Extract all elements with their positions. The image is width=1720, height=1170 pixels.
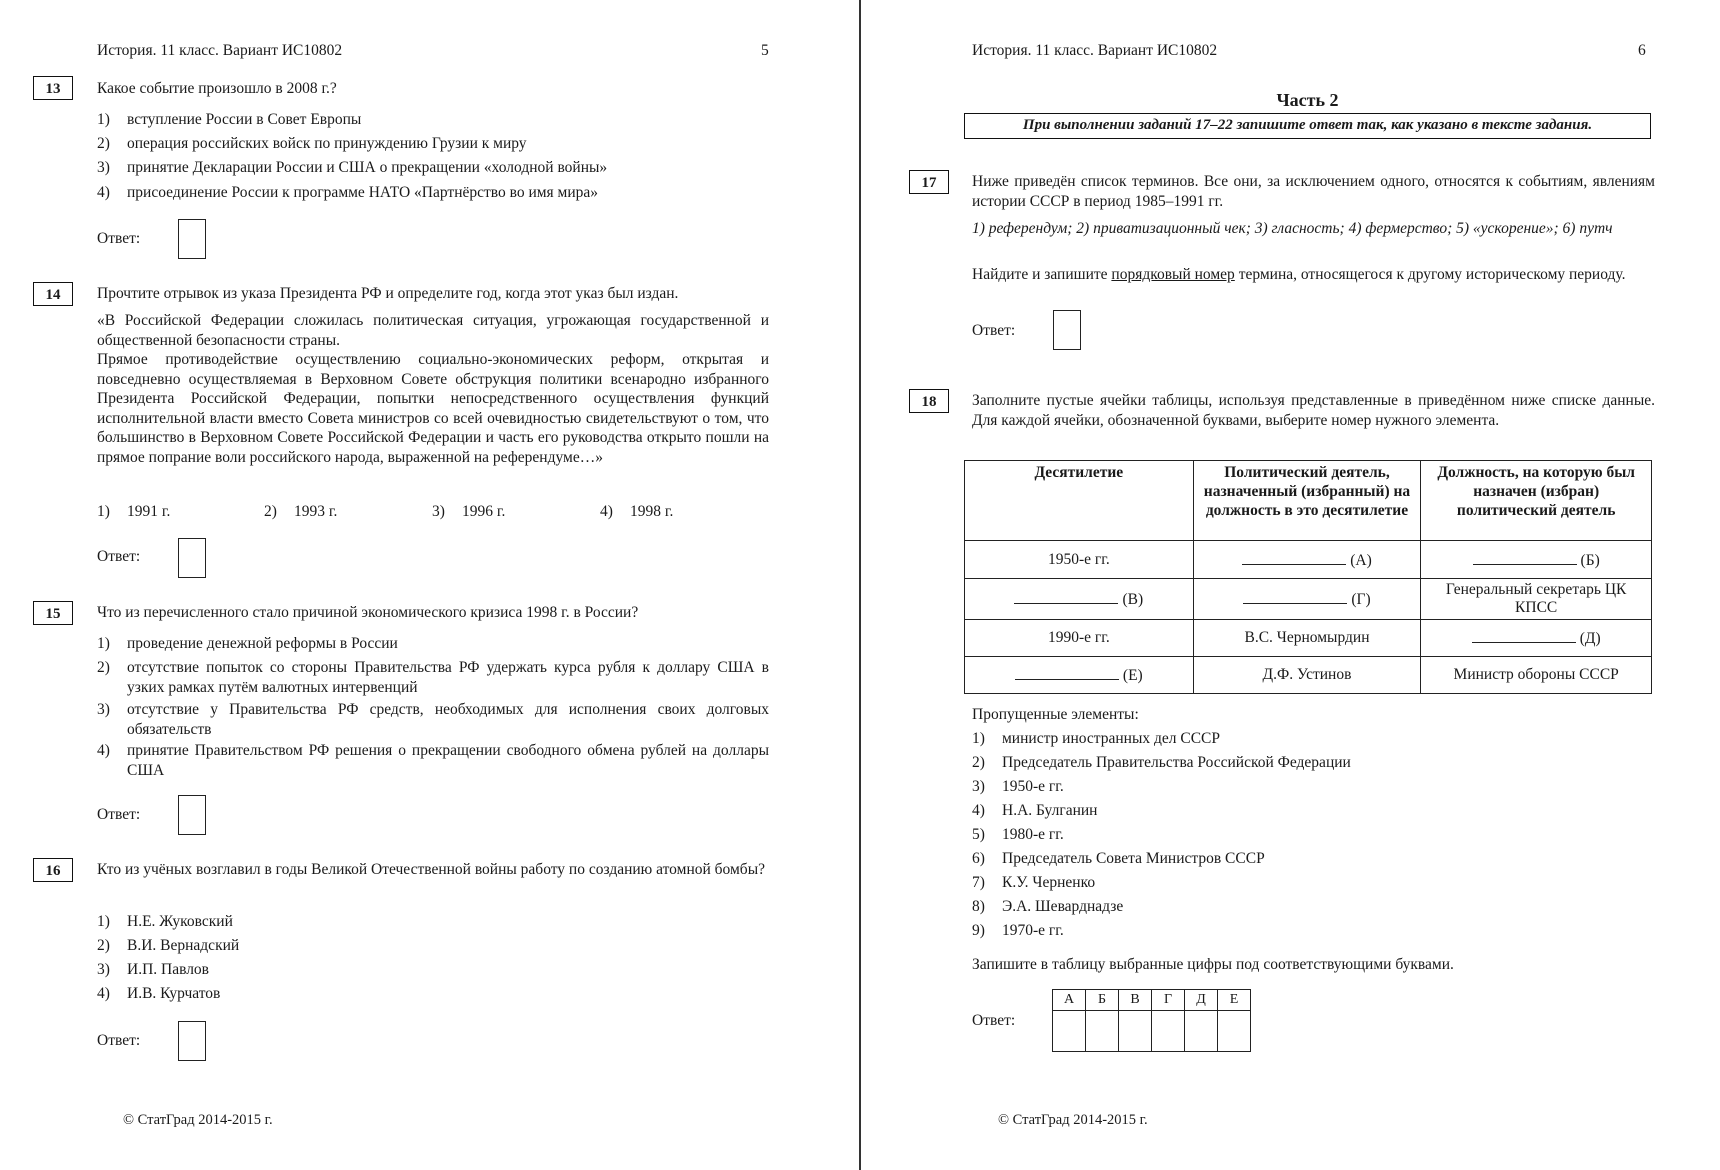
- answer-letter-header: Е: [1218, 990, 1251, 1011]
- missing-element-item: 5)1980-е гг.: [972, 825, 1064, 844]
- option-number: 2): [97, 134, 127, 153]
- q13-option-4: 4)присоединение России к программе НАТО …: [97, 183, 598, 202]
- item-number: 4): [972, 801, 1002, 820]
- q14-option-1: 1)1991 г.: [97, 502, 170, 521]
- table-header-decade: Десятилетие: [965, 461, 1194, 541]
- option-number: 1): [97, 502, 127, 521]
- answer-cell[interactable]: [1053, 1011, 1086, 1052]
- question-number-13: 13: [33, 76, 73, 100]
- page-header: История. 11 класс. Вариант ИС10802: [97, 42, 342, 60]
- answer-box-16[interactable]: [178, 1021, 206, 1061]
- q14-option-4: 4)1998 г.: [600, 502, 673, 521]
- answer-letter-header: В: [1119, 990, 1152, 1011]
- table-row: 1990-е гг.В.С. Черномырдин(Д): [965, 620, 1652, 657]
- q15-option-3: 3)отсутствие у Правительства РФ средств,…: [97, 700, 769, 739]
- question-number-14: 14: [33, 282, 73, 306]
- question-16-text: Кто из учёных возглавил в годы Великой О…: [97, 860, 769, 880]
- q15-option-1: 1)проведение денежной реформы в России: [97, 634, 769, 654]
- q15-option-4: 4)принятие Правительством РФ решения о п…: [97, 741, 769, 780]
- question-13-text: Какое событие произошло в 2008 г.?: [97, 79, 767, 99]
- missing-element-item: 7)К.У. Черненко: [972, 873, 1095, 892]
- q14-quote-p2: Прямое противодействие осуществлению соц…: [97, 350, 769, 467]
- question-14-text: Прочтите отрывок из указа Президента РФ …: [97, 284, 769, 304]
- option-text: проведение денежной реформы в России: [127, 634, 769, 654]
- cell-letter: (Д): [1580, 630, 1601, 647]
- blank-line[interactable]: [1014, 589, 1118, 604]
- answer-cell[interactable]: [1152, 1011, 1185, 1052]
- question-number-16: 16: [33, 858, 73, 882]
- item-text: Председатель Совета Министров СССР: [1002, 850, 1265, 867]
- option-number: 1): [97, 110, 127, 129]
- item-number: 2): [972, 753, 1002, 772]
- blank-line[interactable]: [1242, 550, 1346, 565]
- task-underlined: порядковый номер: [1111, 266, 1234, 283]
- missing-element-item: 2)Председатель Правительства Российской …: [972, 753, 1351, 772]
- option-text: 1993 г.: [294, 503, 337, 520]
- question-15-text: Что из перечисленного стало причиной эко…: [97, 603, 769, 623]
- item-text: министр иностранных дел СССР: [1002, 730, 1220, 747]
- table-cell: Д.Ф. Устинов: [1193, 657, 1421, 694]
- q17-task: Найдите и запишите порядковый номер терм…: [972, 265, 1655, 285]
- question-18-text: Заполните пустые ячейки таблицы, использ…: [972, 391, 1655, 430]
- option-number: 2): [97, 658, 127, 697]
- option-text: 1996 г.: [462, 503, 505, 520]
- answer-cell[interactable]: [1185, 1011, 1218, 1052]
- option-number: 1): [97, 634, 127, 654]
- page-footer: © СтатГрад 2014-2015 г.: [998, 1112, 1148, 1129]
- table-row: (Е)Д.Ф. УстиновМинистр обороны СССР: [965, 657, 1652, 694]
- option-number: 2): [264, 502, 294, 521]
- option-number: 1): [97, 912, 127, 931]
- missing-element-item: 8)Э.А. Шеварднадзе: [972, 897, 1123, 916]
- q16-option-4: 4)И.В. Курчатов: [97, 984, 220, 1003]
- table-header-figure: Политический деятель, назначенный (избра…: [1193, 461, 1421, 541]
- item-number: 5): [972, 825, 1002, 844]
- answer-label: Ответ:: [972, 322, 1015, 340]
- answer-cell[interactable]: [1119, 1011, 1152, 1052]
- cell-letter: (Е): [1123, 667, 1143, 684]
- item-number: 7): [972, 873, 1002, 892]
- option-text: 1998 г.: [630, 503, 673, 520]
- item-text: 1980-е гг.: [1002, 826, 1064, 843]
- option-number: 3): [97, 960, 127, 979]
- option-text: принятие Правительством РФ решения о пре…: [127, 741, 769, 780]
- answer-box-14[interactable]: [178, 538, 206, 578]
- answer-box-13[interactable]: [178, 219, 206, 259]
- answer-letter-header: Б: [1086, 990, 1119, 1011]
- q17-terms: 1) референдум; 2) приватизационный чек; …: [972, 219, 1655, 239]
- cell-letter: (В): [1122, 591, 1143, 608]
- q16-option-3: 3)И.П. Павлов: [97, 960, 209, 979]
- cell-letter: (Г): [1351, 591, 1370, 608]
- page-header: История. 11 класс. Вариант ИС10802: [972, 42, 1217, 60]
- missing-element-item: 3)1950-е гг.: [972, 777, 1064, 796]
- blank-line[interactable]: [1472, 628, 1576, 643]
- item-number: 9): [972, 921, 1002, 940]
- instruction-box: При выполнении заданий 17–22 запишите от…: [964, 113, 1651, 139]
- table-cell: Генеральный секретарь ЦК КПСС: [1421, 579, 1652, 620]
- option-number: 4): [600, 502, 630, 521]
- item-number: 8): [972, 897, 1002, 916]
- q13-option-3: 3)принятие Декларации России и США о пре…: [97, 158, 607, 177]
- missing-element-item: 1)министр иностранных дел СССР: [972, 729, 1220, 748]
- item-text: К.У. Черненко: [1002, 874, 1095, 891]
- question-number-17: 17: [909, 170, 949, 194]
- q15-option-2: 2)отсутствие попыток со стороны Правител…: [97, 658, 769, 697]
- blank-line[interactable]: [1243, 589, 1347, 604]
- blank-line[interactable]: [1473, 550, 1577, 565]
- page-footer: © СтатГрад 2014-2015 г.: [123, 1112, 273, 1129]
- option-number: 4): [97, 741, 127, 780]
- q14-quote-p1: «В Российской Федерации сложилась полити…: [97, 311, 769, 350]
- option-text: 1991 г.: [127, 503, 170, 520]
- table-row: (В)(Г)Генеральный секретарь ЦК КПСС: [965, 579, 1652, 620]
- table-blank-cell: (Д): [1421, 620, 1652, 657]
- table-blank-cell: (В): [965, 579, 1194, 620]
- task-text: Найдите и запишите: [972, 266, 1111, 283]
- q18-table: Десятилетие Политический деятель, назнач…: [964, 460, 1652, 694]
- option-number: 4): [97, 183, 127, 202]
- answer-box-17[interactable]: [1053, 310, 1081, 350]
- item-number: 3): [972, 777, 1002, 796]
- option-text: И.П. Павлов: [127, 961, 209, 978]
- option-text: операция российских войск по принуждению…: [127, 135, 527, 152]
- answer-label: Ответ:: [972, 1012, 1015, 1030]
- q13-option-2: 2)операция российских войск по принужден…: [97, 134, 527, 153]
- answer-letter-header: А: [1053, 990, 1086, 1011]
- question-number-18: 18: [909, 389, 949, 413]
- question-number-15: 15: [33, 601, 73, 625]
- answer-label: Ответ:: [97, 548, 140, 566]
- option-number: 3): [97, 700, 127, 739]
- page-6: История. 11 класс. Вариант ИС10802 6 Час…: [861, 0, 1720, 1170]
- option-text: И.В. Курчатов: [127, 985, 220, 1002]
- item-text: Н.А. Булганин: [1002, 802, 1097, 819]
- item-number: 1): [972, 729, 1002, 748]
- item-text: 1950-е гг.: [1002, 778, 1064, 795]
- question-17-text: Ниже приведён список терминов. Все они, …: [972, 172, 1655, 211]
- q13-option-1: 1)вступление России в Совет Европы: [97, 110, 361, 129]
- page-5: История. 11 класс. Вариант ИС10802 5 13 …: [0, 0, 860, 1170]
- option-number: 3): [97, 158, 127, 177]
- answer-box-15[interactable]: [178, 795, 206, 835]
- q14-option-2: 2)1993 г.: [264, 502, 337, 521]
- page-number: 5: [761, 42, 769, 60]
- table-blank-cell: (Б): [1421, 541, 1652, 579]
- answer-letter-header: Г: [1152, 990, 1185, 1011]
- item-text: Э.А. Шеварднадзе: [1002, 898, 1123, 915]
- option-number: 3): [432, 502, 462, 521]
- item-text: Председатель Правительства Российской Фе…: [1002, 754, 1351, 771]
- item-text: 1970-е гг.: [1002, 922, 1064, 939]
- option-text: вступление России в Совет Европы: [127, 111, 361, 128]
- missing-element-item: 6)Председатель Совета Министров СССР: [972, 849, 1265, 868]
- write-instruction: Запишите в таблицу выбранные цифры под с…: [972, 955, 1655, 975]
- table-cell: 1950-е гг.: [965, 541, 1194, 579]
- cell-letter: (А): [1350, 552, 1372, 569]
- item-number: 6): [972, 849, 1002, 868]
- table-cell: 1990-е гг.: [965, 620, 1194, 657]
- blank-line[interactable]: [1015, 665, 1119, 680]
- answer-label: Ответ:: [97, 230, 140, 248]
- option-number: 4): [97, 984, 127, 1003]
- missing-elements-title: Пропущенные элементы:: [972, 706, 1139, 724]
- answer-cell[interactable]: [1086, 1011, 1119, 1052]
- table-cell: В.С. Черномырдин: [1193, 620, 1421, 657]
- table-blank-cell: (Г): [1193, 579, 1421, 620]
- option-text: В.И. Вернадский: [127, 937, 239, 954]
- option-text: принятие Декларации России и США о прекр…: [127, 159, 607, 176]
- missing-element-item: 4)Н.А. Булганин: [972, 801, 1097, 820]
- page-number: 6: [1638, 42, 1646, 60]
- task-text: термина, относящегося к другому историче…: [1235, 266, 1626, 283]
- option-text: присоединение России к программе НАТО «П…: [127, 184, 598, 201]
- option-text: Н.Е. Жуковский: [127, 913, 233, 930]
- table-header-position: Должность, на которую был назначен (избр…: [1421, 461, 1652, 541]
- answer-letter-header: Д: [1185, 990, 1218, 1011]
- option-text: отсутствие попыток со стороны Правительс…: [127, 658, 769, 697]
- table-blank-cell: (Е): [965, 657, 1194, 694]
- q16-option-1: 1)Н.Е. Жуковский: [97, 912, 233, 931]
- option-number: 2): [97, 936, 127, 955]
- q18-answer-grid: АБВГДЕ: [1052, 989, 1251, 1052]
- part-title: Часть 2: [964, 90, 1651, 111]
- answer-cell[interactable]: [1218, 1011, 1251, 1052]
- q16-option-2: 2)В.И. Вернадский: [97, 936, 239, 955]
- missing-element-item: 9)1970-е гг.: [972, 921, 1064, 940]
- q14-option-3: 3)1996 г.: [432, 502, 505, 521]
- table-blank-cell: (А): [1193, 541, 1421, 579]
- option-text: отсутствие у Правительства РФ средств, н…: [127, 700, 769, 739]
- answer-label: Ответ:: [97, 1032, 140, 1050]
- cell-letter: (Б): [1581, 552, 1600, 569]
- answer-label: Ответ:: [97, 806, 140, 824]
- table-cell: Министр обороны СССР: [1421, 657, 1652, 694]
- table-row: 1950-е гг.(А)(Б): [965, 541, 1652, 579]
